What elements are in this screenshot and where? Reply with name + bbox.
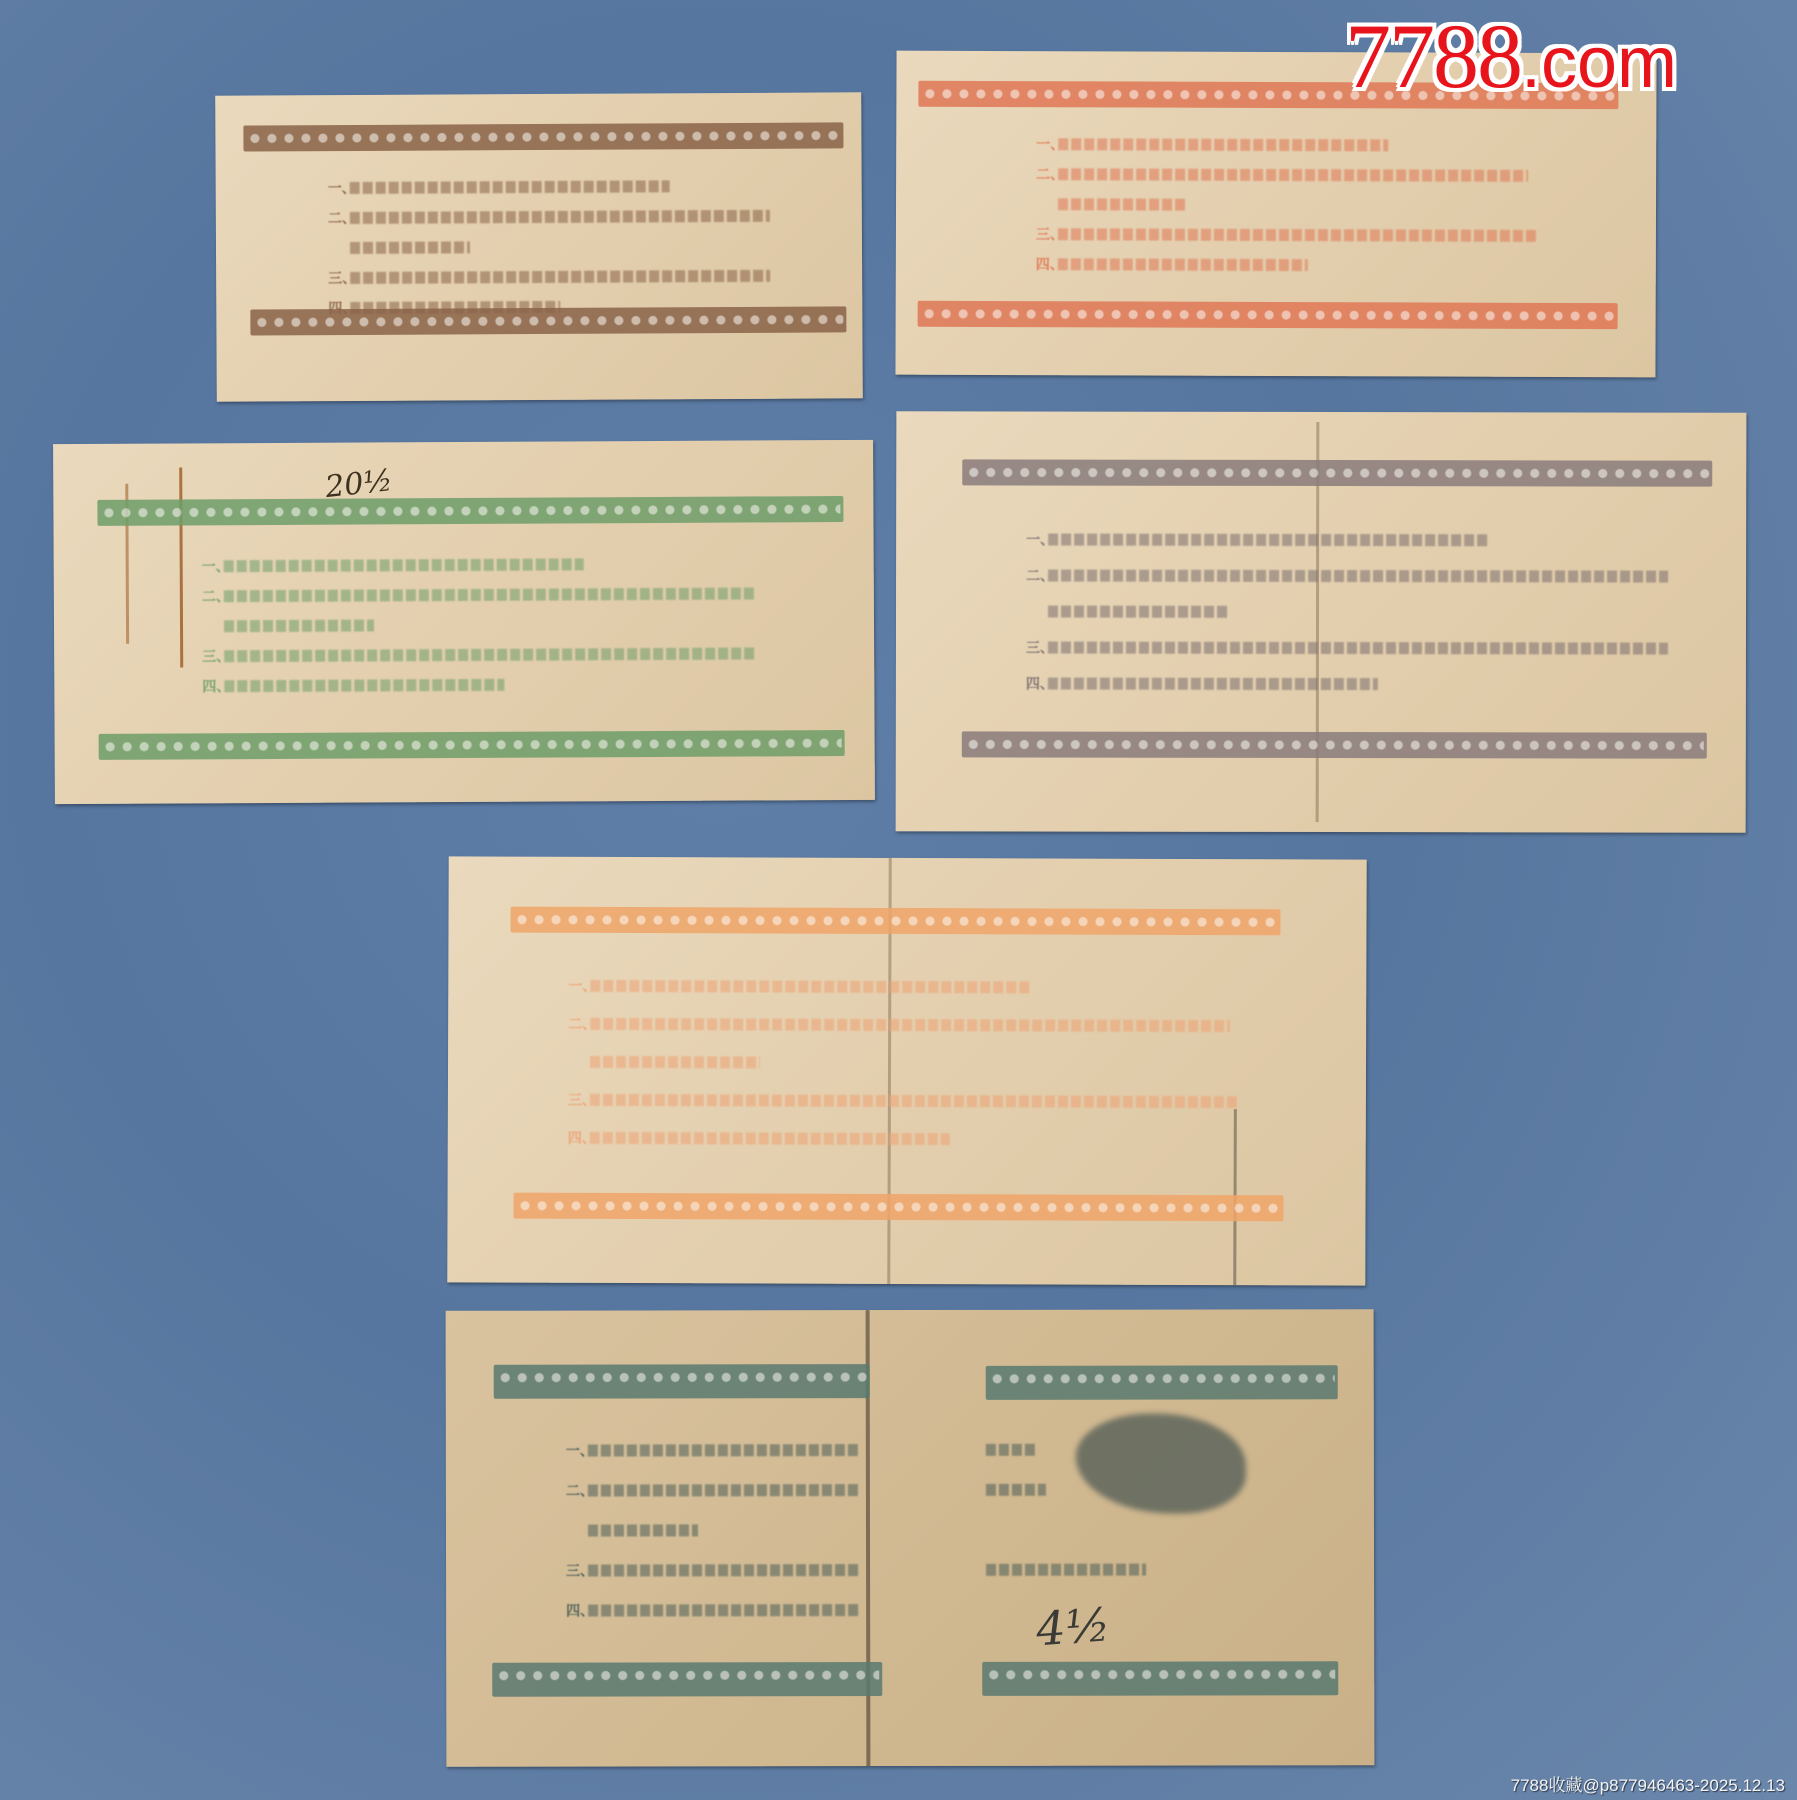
rule-marker: 四、 [202, 676, 224, 696]
decorative-band-bottom [513, 1193, 1283, 1222]
decorative-band-top [510, 907, 1280, 936]
rule-marker: 二、 [202, 586, 224, 606]
rules-text: 一、 二、 三、 四、 [1036, 129, 1539, 281]
rule-marker: 二、 [328, 208, 350, 228]
rule-marker: 一、 [1026, 529, 1048, 549]
rules-text: 一、 二、 三、 四、 [202, 548, 755, 701]
rule-marker: 二、 [1036, 164, 1058, 184]
rule-marker: 四、 [566, 1601, 588, 1621]
coupon-orange: 一、 二、 三、 四、 [447, 856, 1366, 1285]
decorative-band-bottom [962, 731, 1707, 758]
rule-marker: 三、 [1036, 224, 1058, 244]
decorative-band-bottom-left [492, 1662, 882, 1697]
rule-marker: 三、 [202, 646, 224, 666]
rules-text-left: 一、 二、 三、 四、 [566, 1430, 858, 1631]
decorative-band-top-right [986, 1365, 1338, 1400]
decorative-band-bottom [918, 301, 1618, 329]
rule-marker: 三、 [1026, 637, 1048, 657]
rules-text: 一、 二、 三、 四、 [328, 171, 771, 323]
rule-marker: 一、 [566, 1441, 588, 1461]
handwritten-number: 4½ [1034, 1597, 1112, 1656]
rule-marker: 四、 [1036, 254, 1058, 274]
rule-marker: 二、 [1026, 565, 1048, 585]
rules-text-right [986, 1430, 1146, 1590]
rule-marker: 一、 [568, 976, 590, 996]
rule-marker: 二、 [568, 1014, 590, 1034]
decorative-band-bottom [99, 730, 845, 760]
logo-number: 7788 [1345, 5, 1521, 107]
decorative-band-bottom-right [982, 1661, 1338, 1696]
decorative-band-bottom [250, 306, 846, 335]
decorative-band-top [97, 496, 843, 526]
rule-marker: 三、 [328, 268, 350, 288]
coupon-gray: 一、 二、 三、 四、 [896, 411, 1747, 832]
rule-marker: 三、 [566, 1561, 588, 1581]
rule-marker: 一、 [328, 178, 350, 198]
rule-marker: 三、 [568, 1090, 590, 1110]
coupon-brown: 一、 二、 三、 四、 [215, 92, 863, 401]
decorative-band-top-left [494, 1364, 870, 1399]
decorative-band-top [962, 459, 1712, 486]
handwritten-mark-line [179, 467, 183, 667]
rule-marker: 四、 [1026, 673, 1048, 693]
rules-text: 一、 二、 三、 四、 [1026, 521, 1668, 702]
brand-logo: 7788.com [1345, 10, 1677, 102]
rule-marker: 一、 [202, 556, 224, 576]
decorative-band-top [243, 122, 843, 151]
logo-suffix: .com [1521, 23, 1677, 103]
coupon-green: 20½ 一、 二、 三、 四、 [53, 440, 875, 804]
watermark-text: 7788收藏@p877946463-2025.12.13 [1511, 1771, 1785, 1796]
rules-text: 一、 二、 三、 四、 [568, 967, 1241, 1159]
rule-marker: 二、 [566, 1481, 588, 1501]
coupon-teal: 一、 二、 三、 四、 4½ [446, 1309, 1375, 1767]
rule-marker: 一、 [1036, 134, 1058, 154]
rule-marker: 四、 [568, 1128, 590, 1148]
